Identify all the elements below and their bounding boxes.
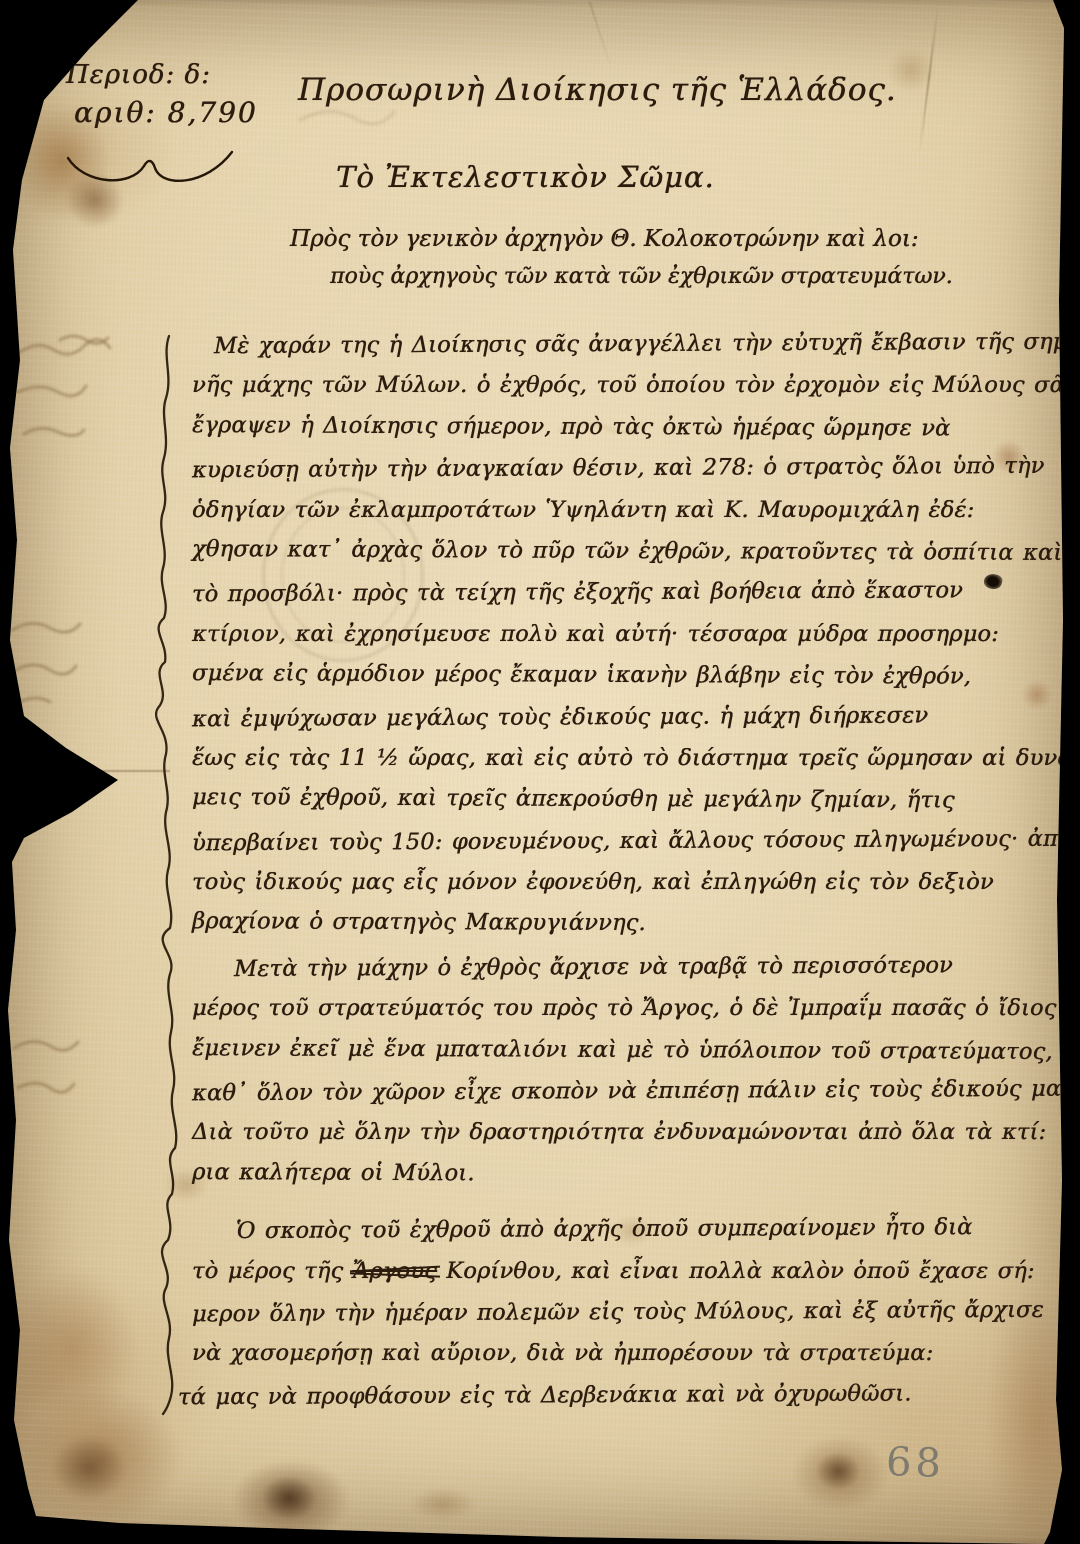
stain — [8, 1272, 138, 1422]
text-before-strikethrough: τὸ μέρος τῆς — [192, 1258, 353, 1284]
handwritten-line: κυριεύσῃ αὐτὴν τὴν ἀναγκαίαν θέσιν, καὶ … — [192, 446, 1064, 492]
paper-crease — [919, 2, 940, 153]
handwritten-line: ἔμεινεν ἐκεῖ μὲ ἕνα μπαταλιόνι καὶ μὲ τὸ… — [192, 1028, 1064, 1073]
paper-crease — [589, 2, 614, 73]
handwritten-line: ὑπερβαίνει τοὺς 150: φονευμένους, καὶ ἄλ… — [192, 818, 1064, 864]
handwritten-line: χθησαν κατ᾽ ἀρχὰς ὅλον τὸ πῦρ τῶν ἐχθρῶν… — [192, 529, 1064, 574]
handwritten-line: ἕως εἰς τὰς 11 ½ ὥρας, καὶ εἰς αὐτὸ τὸ δ… — [192, 738, 1064, 779]
handwritten-line: Ὁ σκοπὸς τοῦ ἐχθροῦ ἀπὸ ἀρχῆς ὁποῦ συμπε… — [192, 1207, 1064, 1253]
text-after-strikethrough: Κορίνθου, καὶ εἶναι πολλὰ καλὸν ὁποῦ ἔχα… — [437, 1258, 1035, 1284]
handwritten-line: καθ᾽ ὅλον τὸν χῶρον εἶχε σκοπὸν νὰ ἐπιπέ… — [192, 1069, 1064, 1115]
handwritten-line: νῆς μάχης τῶν Μύλων. ὁ ἐχθρός, τοῦ ὁποίο… — [192, 365, 1064, 406]
document-title: Προσωρινὴ Διοίκησις τῆς Ἑλλάδος. — [298, 72, 897, 108]
stain — [262, 1476, 316, 1520]
handwritten-line: κτίριον, καὶ ἐχρησίμευσε πολὺ καὶ αὐτή· … — [192, 614, 1064, 655]
stain — [232, 1460, 350, 1540]
handwritten-line: ὁδηγίαν τῶν ἐκλαμπροτάτων Ὑψηλάντη καὶ Κ… — [192, 490, 1064, 531]
manuscript-paper: 6 Περιοδ: δ: αριθ: 8,790 Προσωρινὴ Διοίκ… — [0, 0, 1080, 1544]
stain — [22, 1388, 182, 1528]
handwritten-line: Μετὰ τὴν μάχην ὁ ἐχθρὸς ἄρχισε νὰ τραβᾷ … — [192, 945, 1064, 991]
address-line-2: ποὺς ἀρχηγοὺς τῶν κατὰ τῶν ἐχθρικῶν στρα… — [330, 264, 953, 289]
stain — [410, 1488, 476, 1520]
handwritten-line: βραχίονα ὁ στρατηγὸς Μακρυγιάννης. — [192, 902, 1064, 947]
handwritten-line: τὸ προσβόλι· πρὸς τὰ τείχη τῆς ἐξοχῆς κα… — [192, 570, 1064, 616]
letter-body: Μὲ χαράν της ἡ Διοίκησις σᾶς ἀναγγέλλει … — [192, 324, 1064, 1416]
archive-reference: 6 Περιοδ: δ: αριθ: 8,790 — [66, 60, 258, 129]
handwritten-line: τοὺς ἰδικούς μας εἷς μόνον ἐφονεύθη, καὶ… — [192, 862, 1064, 903]
handwritten-line: μεις τοῦ ἐχθροῦ, καὶ τρεῖς ἀπεκρούσθη μὲ… — [192, 777, 1064, 822]
handwritten-line: ἔγραψεν ἡ Διοίκησις σήμερον, πρὸ τὰς ὀκτ… — [192, 405, 1064, 450]
pencil-page-number: 68 — [885, 1439, 945, 1487]
handwritten-line: τά μας νὰ προφθάσουν εἰς τὰ Δερβενάκια κ… — [178, 1372, 1064, 1418]
handwritten-line: μέρος τοῦ στρατεύματός του πρὸς τὸ Ἄργος… — [192, 988, 1064, 1029]
paper-crease — [22, 770, 170, 772]
paragraph-2: Μετὰ τὴν μάχην ὁ ἐχθρὸς ἄρχισε νὰ τραβᾷ … — [192, 947, 1064, 1195]
paragraph-1: Μὲ χαράν της ἡ Διοίκησις σᾶς ἀναγγέλλει … — [192, 324, 1064, 945]
address-line-1: Πρὸς τὸν γενικὸν ἀρχηγὸν Θ. Κολοκοτρώνην… — [290, 226, 919, 252]
handwritten-line: καὶ ἐμψύχωσαν μεγάλως τοὺς ἐδικούς μας. … — [192, 694, 1064, 740]
scanned-manuscript: 6 Περιοδ: δ: αριθ: 8,790 Προσωρινὴ Διοίκ… — [0, 0, 1080, 1544]
stain — [816, 1452, 860, 1490]
handwritten-line: σμένα εἰς ἁρμόδιον μέρος ἔκαμαν ἱκανὴν β… — [192, 653, 1064, 698]
handwritten-line-with-strikethrough: τὸ μέρος τῆς Ἄργους Κορίνθου, καὶ εἶναι … — [192, 1251, 1064, 1292]
archive-ref-number: αριθ: 8,790 — [74, 96, 258, 129]
handwritten-line: ρια καλήτερα οἱ Μύλοι. — [192, 1152, 1064, 1197]
handwritten-line: μερον ὅλην τὴν ἡμέραν πολεμῶν εἰς τοὺς Μ… — [192, 1290, 1064, 1336]
struck-out-word: Ἄργους — [353, 1258, 437, 1284]
paragraph-3: Ὁ σκοπὸς τοῦ ἐχθροῦ ἀπὸ ἀρχῆς ὁποῦ συμπε… — [192, 1209, 1064, 1416]
archive-ref-period: Περιοδ: δ: — [66, 60, 258, 90]
handwritten-line: Διὰ τοῦτο μὲ ὅλην τὴν δραστηριότητα ἐνδυ… — [192, 1112, 1064, 1153]
handwritten-line: νὰ χασομερήσῃ καὶ αὔριον, διὰ νὰ ἠμπορέσ… — [192, 1333, 1064, 1374]
document-subtitle: Τὸ Ἐκτελεστικὸν Σῶμα. — [336, 160, 715, 194]
handwritten-line: Μὲ χαράν της ἡ Διοίκησις σᾶς ἀναγγέλλει … — [192, 322, 1064, 368]
stain — [792, 1436, 888, 1512]
archive-ref-mark: 6 — [28, 70, 41, 94]
flourish-underline — [60, 144, 240, 194]
stain — [52, 1436, 126, 1500]
